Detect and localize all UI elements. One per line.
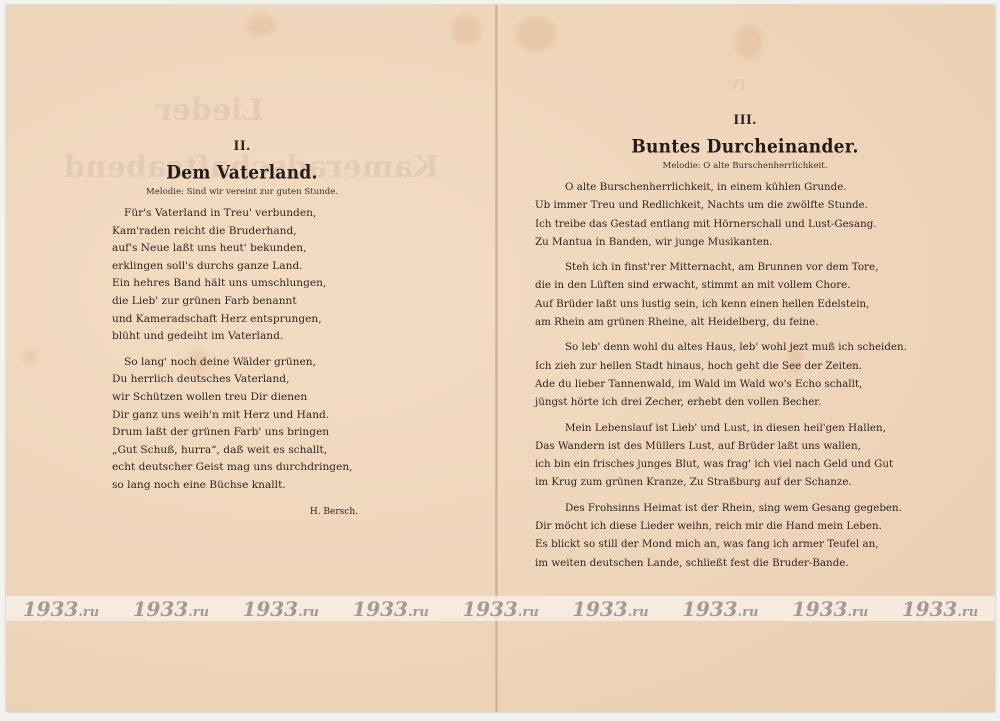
stanza: O alte Burschenherrlichkeit, in einem kü… (535, 178, 955, 251)
song-title: Buntes Durcheinander. (535, 136, 955, 158)
song-numeral: II. (112, 138, 372, 155)
verse-line: Dir möcht ich diese Lieder weihn, reich … (535, 517, 955, 535)
verse-line: die Lieb' zur grünen Farb benannt (112, 293, 372, 311)
watermark-text: 1933.ru (462, 597, 539, 621)
verse-line: „Gut Schuß, hurra“, daß weit es schallt, (112, 442, 372, 460)
verse-line: So lang' noch deine Wälder grünen, (112, 354, 372, 372)
bleed-through-title: Lieder (156, 93, 263, 128)
song-melody: Melodie: Sind wir vereint zur guten Stun… (112, 187, 372, 197)
verse-line: blüht und gedeiht im Vaterland. (112, 328, 372, 346)
verse-line: die in den Lüften sind erwacht, stimmt a… (535, 276, 955, 294)
song-left: II. Dem Vaterland. Melodie: Sind wir ver… (112, 138, 372, 517)
verse-line: echt deutscher Geist mag uns durchdringe… (112, 459, 372, 477)
verse-line: Du herrlich deutsches Vaterland, (112, 371, 372, 389)
stanza: Des Frohsinns Heimat ist der Rhein, sing… (535, 499, 955, 572)
verse-line: ich bin ein frisches junges Blut, was fr… (535, 455, 955, 473)
verse-line: erklingen soll's durchs ganze Land. (112, 258, 372, 276)
verse-line: wir Schützen wollen treu Dir dienen (112, 389, 372, 407)
watermark-text: 1933.ru (23, 597, 100, 621)
verse-line: Zu Mantua in Banden, wir junge Musikante… (535, 233, 955, 251)
paper-stain (736, 25, 762, 59)
verse-line: jüngst hörte ich drei Zecher, erhebt den… (535, 393, 955, 411)
paper-stain (516, 17, 556, 51)
song-numeral: III. (535, 112, 955, 129)
song-title: Dem Vaterland. (112, 162, 372, 184)
verse-line: Drum laßt der grünen Farb' uns bringen (112, 424, 372, 442)
verse-line: Das Wandern ist des Müllers Lust, auf Br… (535, 437, 955, 455)
verse-line: Ich treibe das Gestad entlang mit Hörner… (535, 215, 955, 233)
paper-stain (451, 15, 481, 45)
stanza-list: Für's Vaterland in Treu' verbunden,Kam'r… (112, 205, 372, 495)
verse-line: auf's Neue laßt uns heut' bekunden, (112, 240, 372, 258)
verse-line: Es blickt so still der Mond mich an, was… (535, 535, 955, 553)
stanza: Steh ich in finst'rer Mitternacht, am Br… (535, 258, 955, 331)
verse-line: im weiten deutschen Lande, schließt fest… (535, 554, 955, 572)
song-melody: Melodie: O alte Burschenherrlichkeit. (535, 161, 955, 171)
verse-line: Auf Brüder laßt uns lustig sein, ich ken… (535, 295, 955, 313)
paper-stain (24, 350, 36, 364)
verse-line: Des Frohsinns Heimat ist der Rhein, sing… (535, 499, 955, 517)
stanza-list: O alte Burschenherrlichkeit, in einem kü… (535, 178, 955, 572)
watermark-text: 1933.ru (572, 597, 649, 621)
verse-line: Steh ich in finst'rer Mitternacht, am Br… (535, 258, 955, 276)
watermark-text: 1933.ru (133, 597, 210, 621)
watermark-text: 1933.ru (352, 597, 429, 621)
watermark-band: 1933.ru1933.ru1933.ru1933.ru1933.ru1933.… (6, 596, 995, 621)
watermark-text: 1933.ru (792, 597, 869, 621)
watermark-text: 1933.ru (902, 597, 979, 621)
stanza: Mein Lebenslauf ist Lieb' und Lust, in d… (535, 419, 955, 492)
verse-line: am Rhein am grünen Rheine, alt Heidelber… (535, 313, 955, 331)
watermark-text: 1933.ru (242, 597, 319, 621)
verse-line: So leb' denn wohl du altes Haus, leb' wo… (535, 338, 955, 356)
verse-line: im Krug zum grünen Kranze, Zu Straßburg … (535, 473, 955, 491)
song-author: H. Bersch. (112, 507, 372, 517)
bleed-through-numeral: IV. (726, 78, 746, 94)
verse-line: Dir ganz uns weih'n mit Herz und Hand. (112, 407, 372, 425)
stanza: So lang' noch deine Wälder grünen,Du her… (112, 354, 372, 495)
song-right: III. Buntes Durcheinander. Melodie: O al… (535, 112, 955, 572)
verse-line: O alte Burschenherrlichkeit, in einem kü… (535, 178, 955, 196)
verse-line: so lang noch eine Büchse knallt. (112, 477, 372, 495)
verse-line: Ub immer Treu und Redlichkeit, Nachts um… (535, 196, 955, 214)
stanza: So leb' denn wohl du altes Haus, leb' wo… (535, 338, 955, 411)
verse-line: Für's Vaterland in Treu' verbunden, (112, 205, 372, 223)
stanza: Für's Vaterland in Treu' verbunden,Kam'r… (112, 205, 372, 346)
verse-line: Ich zieh zur hellen Stadt hinaus, hoch g… (535, 357, 955, 375)
verse-line: Ade du lieber Tannenwald, im Wald im Wal… (535, 375, 955, 393)
verse-line: Mein Lebenslauf ist Lieb' und Lust, in d… (535, 419, 955, 437)
verse-line: Ein hehres Band hält uns umschlungen, (112, 275, 372, 293)
paper-stain (246, 15, 276, 37)
verse-line: und Kameradschaft Herz entsprungen, (112, 311, 372, 329)
verse-line: Kam'raden reicht die Bruderhand, (112, 223, 372, 241)
watermark-text: 1933.ru (682, 597, 759, 621)
